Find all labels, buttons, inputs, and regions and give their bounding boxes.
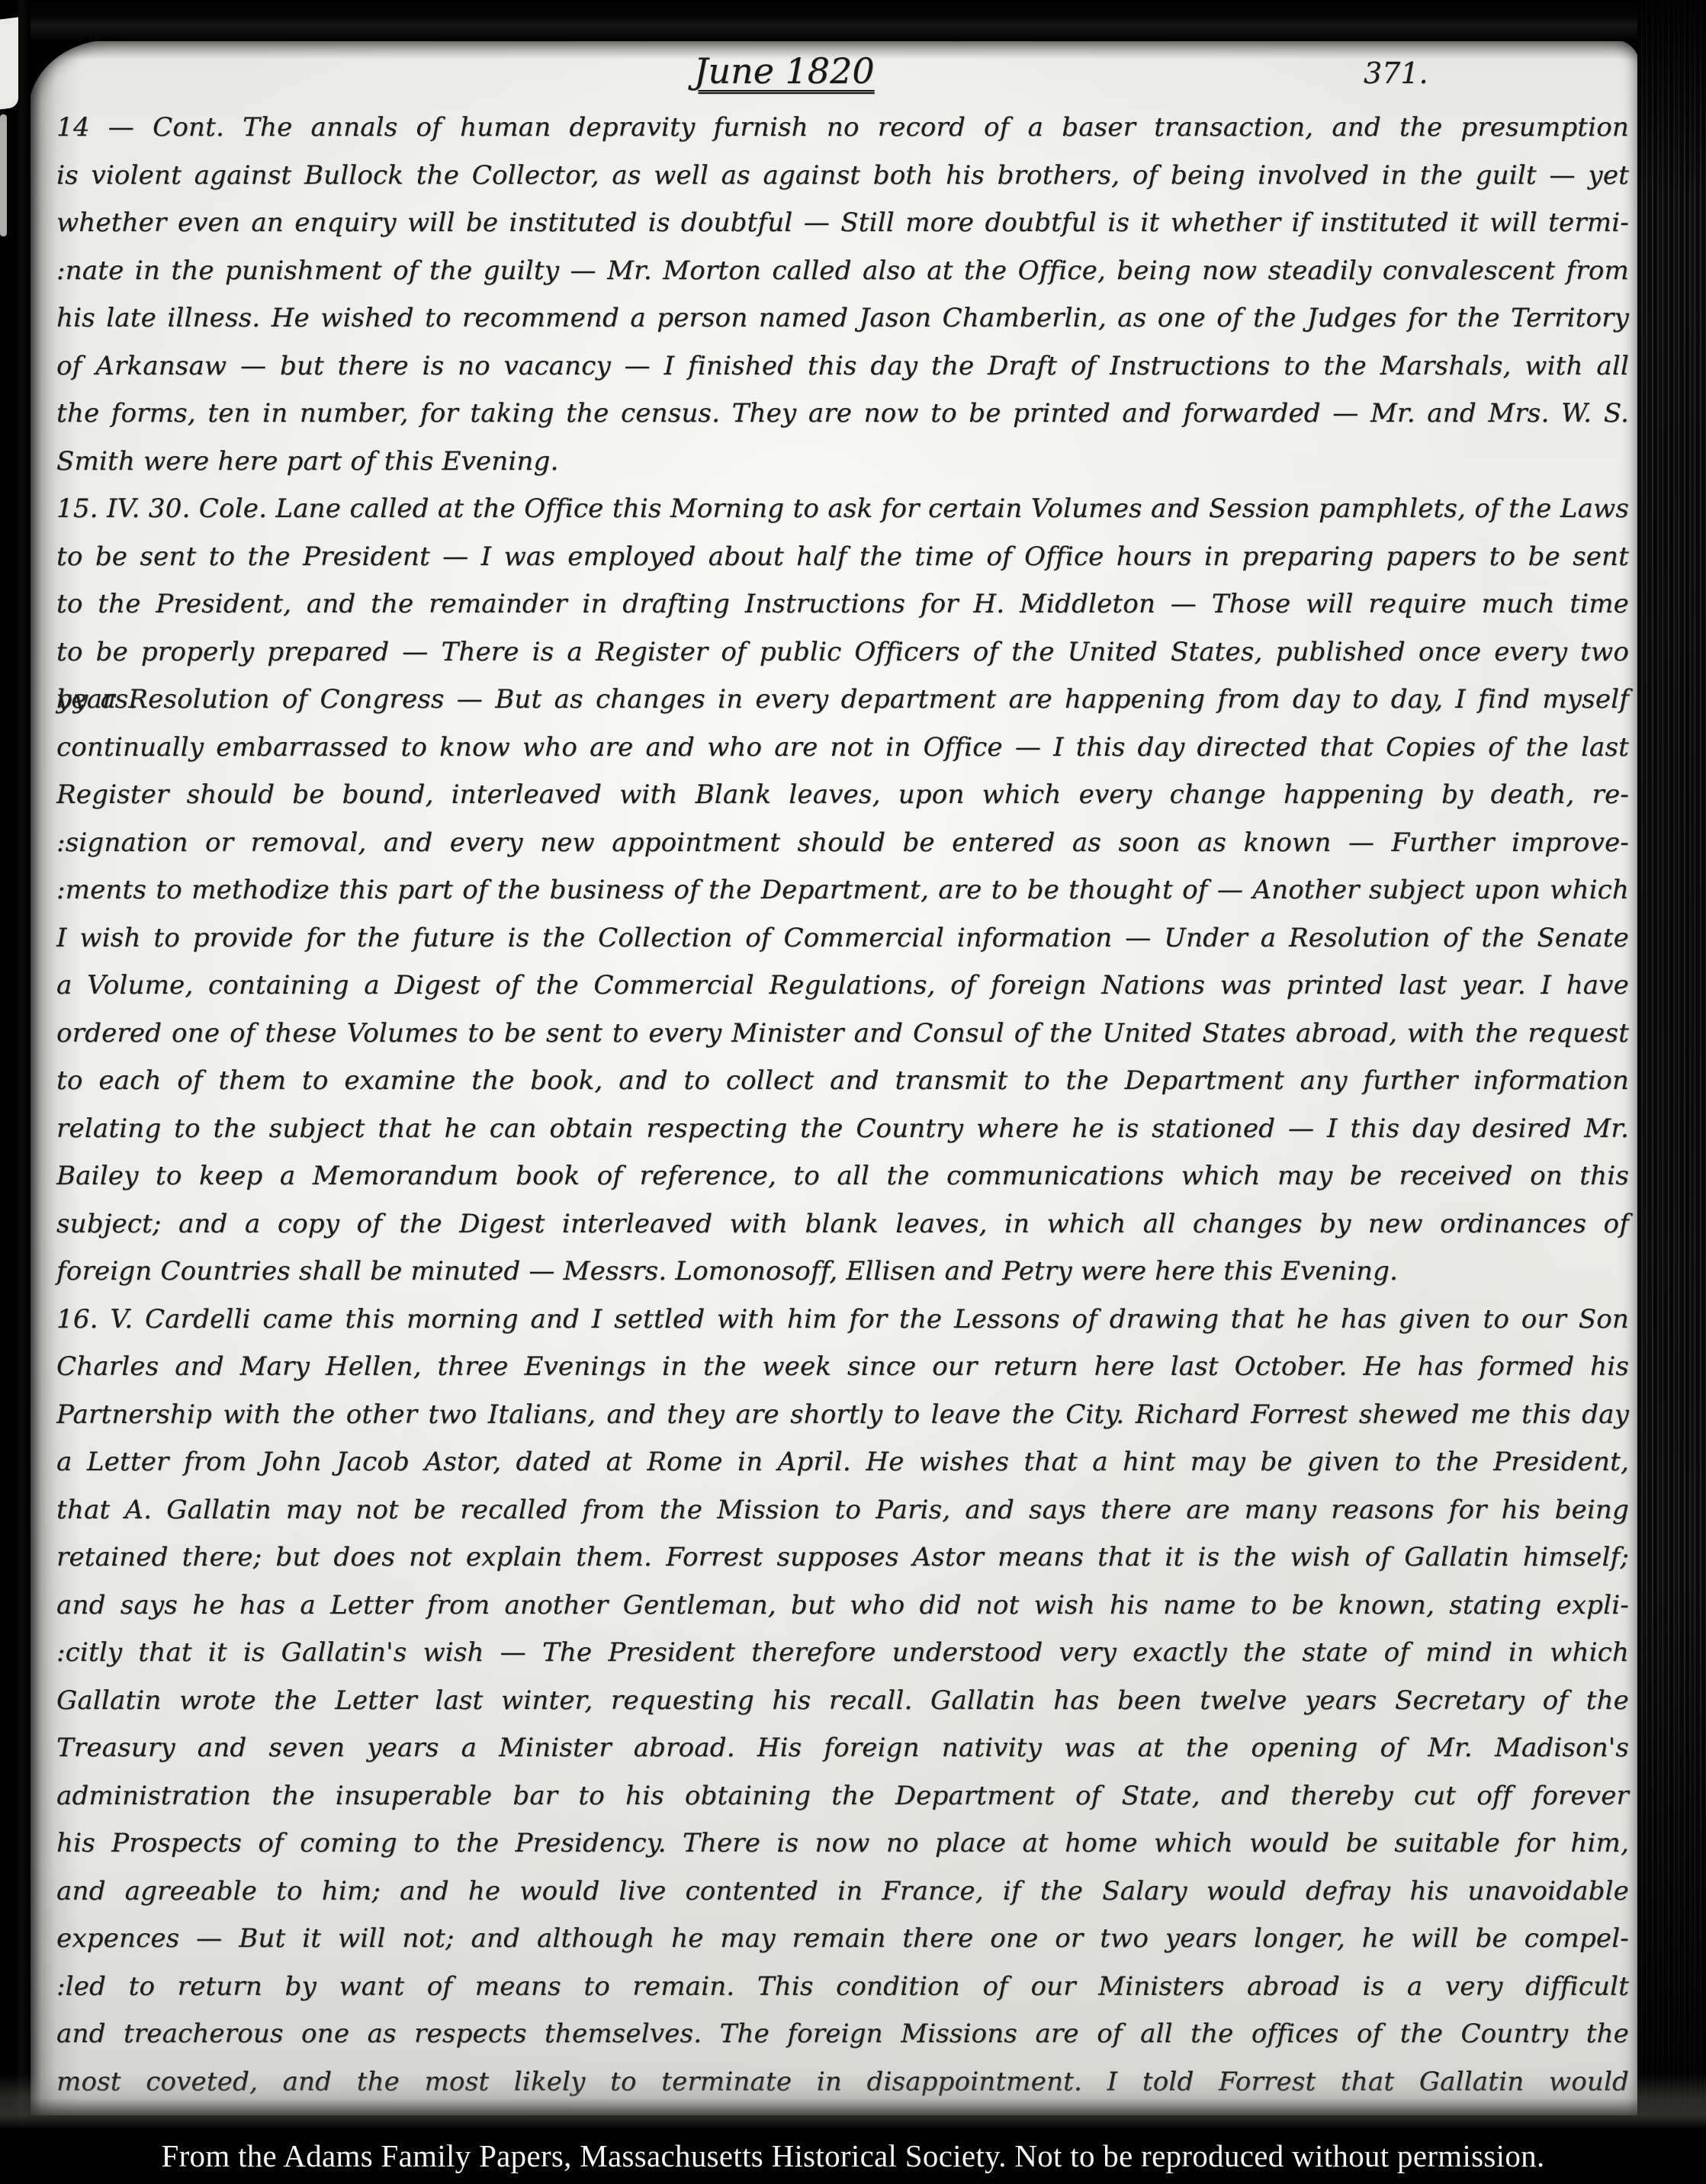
manuscript-line: by a Resolution of Congress — But as cha… <box>56 676 1629 724</box>
entry-month-header: June 1820 <box>694 50 875 92</box>
book-page-edges <box>1637 0 1706 2184</box>
film-notch <box>0 18 18 110</box>
manuscript-line: to be sent to the President — I was empl… <box>56 533 1629 581</box>
manuscript-line: a Volume, containing a Digest of the Com… <box>56 962 1629 1010</box>
manuscript-line: and says he has a Letter from another Ge… <box>56 1582 1629 1630</box>
manuscript-line: his late illness. He wished to recommend… <box>56 294 1629 342</box>
manuscript-line: I wish to provide for the future is the … <box>56 914 1629 962</box>
manuscript-line: of Arkansaw — but there is no vacancy — … <box>56 342 1629 390</box>
film-edge-top <box>0 0 1706 41</box>
manuscript-line: :signation or removal, and every new app… <box>56 819 1629 867</box>
page-number: 371. <box>1364 56 1428 90</box>
manuscript-line: relating to the subject that he can obta… <box>56 1105 1629 1153</box>
manuscript-line: to each of them to examine the book, and… <box>56 1057 1629 1105</box>
manuscript-line: his Prospects of coming to the Presidenc… <box>56 1819 1629 1868</box>
manuscript-line: and treacherous one as respects themselv… <box>56 2010 1629 2058</box>
manuscript-line: the forms, ten in number, for taking the… <box>56 390 1629 438</box>
manuscript-line: Charles and Mary Hellen, three Evenings … <box>56 1343 1629 1391</box>
manuscript-line: foreign Countries shall be minuted — Mes… <box>56 1248 1629 1296</box>
manuscript-line: 15. IV. 30. Cole. Lane called at the Off… <box>56 485 1629 533</box>
manuscript-line: retained there; but does not explain the… <box>56 1534 1629 1582</box>
manuscript-line: 14 — Cont. The annals of human depravity… <box>56 104 1629 152</box>
manuscript-line: is violent against Bullock the Collector… <box>56 152 1629 200</box>
manuscript-text: 14 — Cont. The annals of human depravity… <box>56 104 1629 2105</box>
manuscript-line: Partnership with the other two Italians,… <box>56 1391 1629 1439</box>
manuscript-line: to be properly prepared — There is a Reg… <box>56 628 1629 676</box>
manuscript-line: a Letter from John Jacob Astor, dated at… <box>56 1438 1629 1486</box>
manuscript-line: :nate in the punishment of the guilty — … <box>56 247 1629 295</box>
manuscript-line: and agreeable to him; and he would live … <box>56 1868 1629 1916</box>
manuscript-line: whether even an enquiry will be institut… <box>56 199 1629 247</box>
attribution-bar: From the Adams Family Papers, Massachuse… <box>0 2128 1706 2184</box>
attribution-text: From the Adams Family Papers, Massachuse… <box>161 2137 1544 2174</box>
manuscript-line: Gallatin wrote the Letter last winter, r… <box>56 1677 1629 1725</box>
manuscript-line: :led to return by want of means to remai… <box>56 1963 1629 2011</box>
film-edge-left <box>0 0 31 2184</box>
film-notch-small <box>0 114 7 236</box>
manuscript-line: expences — But it will not; and although… <box>56 1915 1629 1963</box>
document-scan: June 1820 371. 14 — Cont. The annals of … <box>0 0 1706 2184</box>
manuscript-line: Register should be bound, interleaved wi… <box>56 771 1629 819</box>
manuscript-line: :ments to methodize this part of the bus… <box>56 866 1629 914</box>
manuscript-line: that A. Gallatin may not be recalled fro… <box>56 1486 1629 1534</box>
page-bottom-shadow <box>0 2074 1706 2131</box>
manuscript-line: continually embarrassed to know who are … <box>56 724 1629 772</box>
manuscript-line: 16. V. Cardelli came this morning and I … <box>56 1296 1629 1344</box>
manuscript-page: June 1820 371. 14 — Cont. The annals of … <box>29 40 1640 2115</box>
manuscript-line: Treasury and seven years a Minister abro… <box>56 1724 1629 1772</box>
manuscript-line: subject; and a copy of the Digest interl… <box>56 1200 1629 1248</box>
manuscript-line: to the President, and the remainder in d… <box>56 580 1629 628</box>
manuscript-line: Smith were here part of this Evening. <box>56 438 1629 486</box>
manuscript-line: administration the insuperable bar to hi… <box>56 1772 1629 1820</box>
manuscript-line: ordered one of these Volumes to be sent … <box>56 1010 1629 1058</box>
manuscript-line: Bailey to keep a Memorandum book of refe… <box>56 1152 1629 1200</box>
manuscript-line: :citly that it is Gallatin's wish — The … <box>56 1629 1629 1677</box>
